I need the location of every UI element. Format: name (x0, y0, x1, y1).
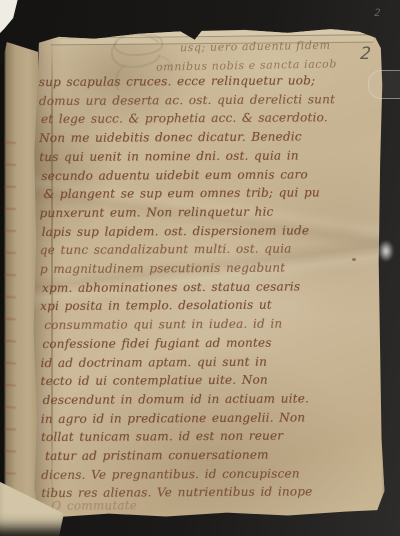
text-line: dicens. Ve pregnantibus. id concupiscen (41, 464, 363, 485)
text-line: in agro id in predicatione euangelii. No… (41, 408, 363, 429)
text-line: domus ura deserta ac. ost. quia derelict… (39, 90, 361, 111)
text-line: punxerunt eum. Non relinquetur hic (39, 202, 361, 223)
text-line: xpm. abhominationes ost. statua cesaris (42, 277, 362, 298)
text-line: sup scapulas cruces. ecce relinquetur uo… (39, 71, 361, 92)
header-line-1: usq; uero aduentu fidem (180, 39, 331, 55)
text-line: descendunt in domum id in actiuam uite. (43, 389, 363, 410)
dust-fiber (378, 240, 394, 262)
text-line: et lege succ. & prophetia acc. & sacerdo… (41, 108, 361, 129)
text-line: confessione fidei fugiant ad montes (42, 333, 362, 354)
text-line: Non me uidebitis donec dicatur. Benedic (39, 127, 361, 148)
plastic-clip (368, 70, 400, 99)
previous-leaf-edge (0, 42, 38, 536)
text-line: xpi posita in templo. desolationis ut (40, 295, 362, 316)
text-line: tollat tunicam suam. id est non reuer (41, 426, 363, 447)
folio-number-faint: 2 (373, 8, 382, 19)
text-line: tecto id ui contemplatiue uite. Non (40, 370, 362, 391)
text-block: sup scapulas cruces. ecce relinquetur uo… (39, 71, 364, 516)
text-line: O commutate (51, 495, 363, 516)
parchment-leaf: usq; uero aduentu fidem omnibus nobis e … (30, 26, 388, 518)
corner-paper-fragment (0, 0, 22, 36)
text-line: p magnitudinem psecutionis negabunt (40, 258, 362, 279)
folio-number: 2 (358, 44, 374, 64)
fore-edge (381, 56, 388, 509)
text-line: secundo aduentu uidebit eum omnis caro (41, 165, 361, 186)
manuscript-photo: usq; uero aduentu fidem omnibus nobis e … (0, 0, 400, 536)
text-line: & plangent se sup eum omnes trib; qui pu (43, 183, 361, 204)
text-line: lapis sup lapidem. ost. dispersionem iud… (42, 221, 362, 242)
text-line: consummatio qui sunt in iudea. id in (44, 314, 362, 335)
text-line: qe tunc scandalizabunt multi. ost. quia (40, 239, 362, 260)
text-line: tus qui uenit in nomine dni. ost. quia i… (39, 146, 361, 167)
text-line: tatur ad pristinam conuersationem (45, 445, 363, 466)
text-line: id ad doctrinam aptam. qui sunt in (40, 352, 362, 373)
